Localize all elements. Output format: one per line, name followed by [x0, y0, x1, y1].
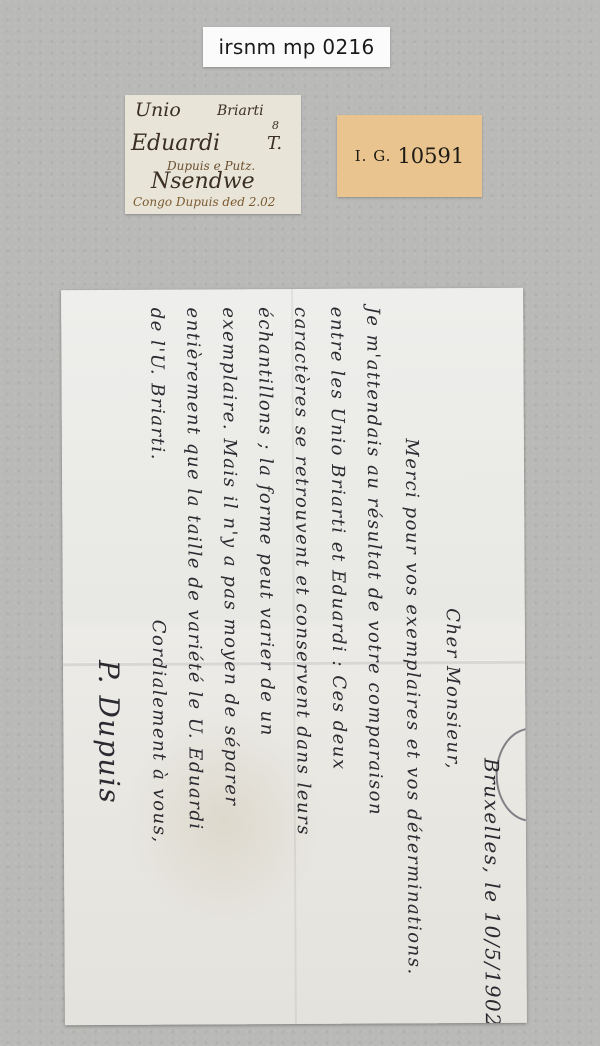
letter-line: caractères se retrouvent et conservent d…	[290, 307, 314, 836]
letter-place-date: Bruxelles, le 10/5/1902	[480, 758, 505, 1025]
postmark-text: D.15	[526, 730, 527, 761]
inventory-number: 10591	[397, 144, 464, 168]
species-text: Eduardi	[131, 131, 220, 156]
catalog-number-text: irsnm mp 0216	[218, 35, 374, 59]
mark-text: 8	[272, 119, 279, 132]
inventory-label: I. G. 10591	[337, 115, 482, 197]
author-text: Briarti	[217, 103, 264, 119]
letter-signature: P. Dupuis	[92, 660, 126, 804]
handwritten-letter: D.15 Bruxelles, le 10/5/1902 Cher Monsie…	[61, 288, 527, 1025]
letter-line: entièrement que la taille de variété le …	[182, 307, 206, 830]
locality-text: Nsendwe	[151, 169, 255, 194]
letter-line: de l'U. Briarti.	[146, 308, 168, 461]
letter-salutation: Cher Monsieur,	[442, 608, 464, 770]
letter-line: Je m'attendais au résultat de votre comp…	[362, 307, 386, 817]
genus-text: Unio	[135, 99, 181, 121]
letter-line: échantillons ; la forme peut varier de u…	[254, 307, 277, 737]
sign-text: T.	[267, 133, 282, 154]
letter-line: entre les Unio Briarti et Eduardi : Ces …	[326, 307, 349, 771]
letter-line: Merci pour vos exemplaires et vos déterm…	[401, 438, 425, 975]
handwritten-specimen-label: Unio Briarti 8 Eduardi T. Dupuis e Putz.…	[125, 95, 301, 214]
letter-line: exemplaire. Mais il n'y a pas moyen de s…	[218, 307, 242, 806]
letter-closing: Cordialement à vous,	[148, 620, 170, 844]
region-note-text: Congo Dupuis ded 2.02	[133, 195, 275, 209]
catalog-number-label: irsnm mp 0216	[203, 27, 390, 67]
inventory-prefix: I. G.	[355, 147, 392, 165]
letter-text-rotated: Bruxelles, le 10/5/1902 Cher Monsieur, M…	[61, 288, 527, 1025]
